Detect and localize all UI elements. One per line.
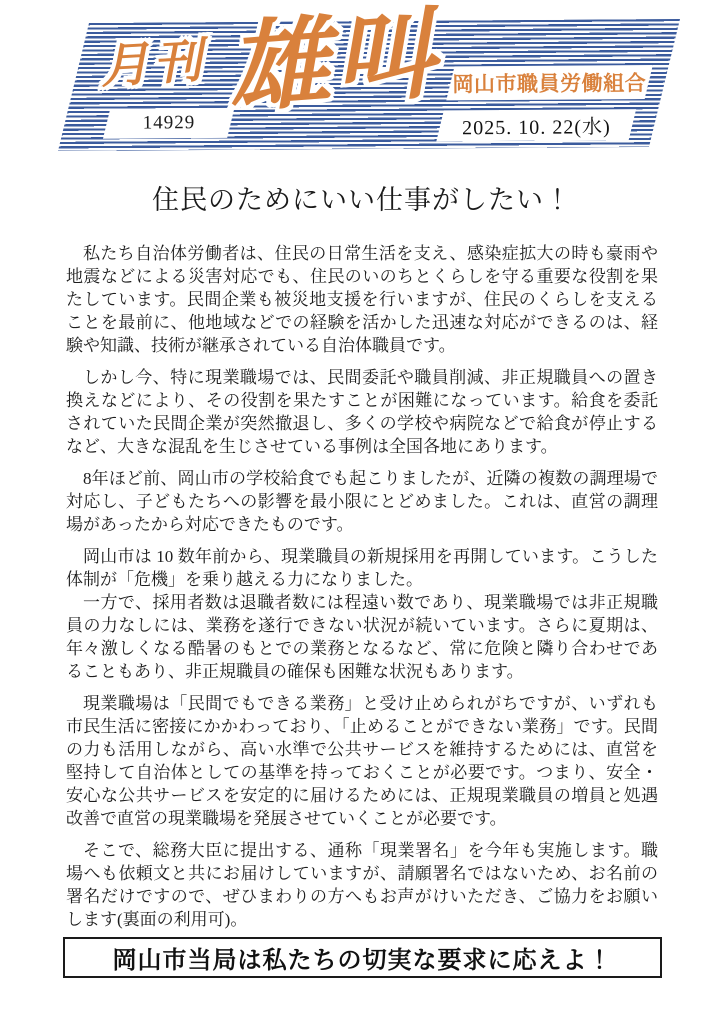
- body-paragraph: 8年ほど前、岡山市の学校給食でも起こりましたが、近隣の複数の調理場で対応し、子ど…: [66, 467, 658, 536]
- issue-number-box: 14929: [103, 108, 234, 139]
- article-body: 私たち自治体労働者は、住民の日常生活を支え、感染症拡大の時も豪雨や地震などによる…: [66, 242, 658, 940]
- masthead-banner: 岡山市職員労働組合 14929 2025. 10. 22(水) 月刊 雄叫: [58, 19, 680, 151]
- body-paragraph: 私たち自治体労働者は、住民の日常生活を支え、感染症拡大の時も豪雨や地震などによる…: [66, 242, 658, 357]
- issue-date: 2025. 10. 22(水): [462, 110, 611, 140]
- body-paragraph: そこで、総務大臣に提出する、通称「現業署名」を今年も実施します。職場へも依頼文と…: [66, 839, 658, 931]
- organization-name: 岡山市職員労働組合: [453, 67, 647, 98]
- body-paragraph: 現業職場は「民間でもできる業務」と受け止められがちですが、いずれも市民生活に密接…: [66, 692, 658, 830]
- body-paragraph: しかし今、特に現業職場では、民間委託や職員削減、非正規職員への置き換えなどにより…: [66, 366, 658, 458]
- publication-type-logo: 月刊: [100, 37, 214, 91]
- issue-number: 14929: [142, 112, 195, 134]
- issue-date-box: 2025. 10. 22(水): [436, 109, 636, 141]
- body-paragraph: 岡山市は 10 数年前から、現業職員の新規採用を再開しています。こうした体制が「…: [66, 545, 658, 591]
- slogan-box: 岡山市当局は私たちの切実な要求に応えよ！: [63, 937, 662, 978]
- body-paragraph: 一方で、採用者数は退職者数には程遠い数であり、現業職場では非正規職員の力なしには…: [66, 591, 658, 683]
- newsletter-title-logo: 雄叫: [227, 3, 456, 119]
- slogan-text: 岡山市当局は私たちの切実な要求に応えよ！: [113, 940, 613, 975]
- organization-band: 岡山市職員労働組合: [446, 65, 653, 100]
- article-headline: 住民のためにいい仕事がしたい！: [66, 178, 658, 217]
